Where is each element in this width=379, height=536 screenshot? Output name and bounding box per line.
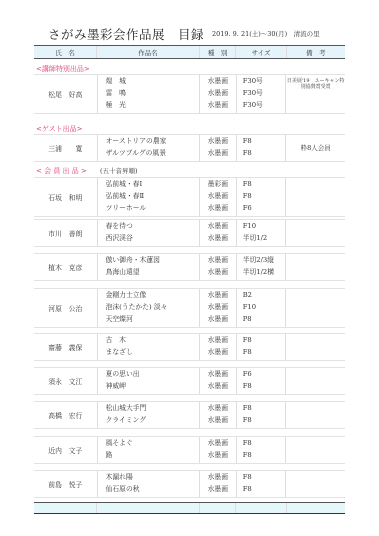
footer-cell <box>236 503 286 513</box>
work-type-column: 水墨画水墨画 <box>200 471 237 497</box>
work-title-column: 風そよぐ路 <box>98 437 200 463</box>
work-type: 水墨画 <box>200 266 236 278</box>
work-title-column: オーストリアの農家ザルツブルグの風景 <box>98 135 200 161</box>
work-size: F8 <box>243 380 286 392</box>
work-type-column: 墨彩画水墨画水墨画 <box>200 178 237 216</box>
footer-cell <box>200 503 237 513</box>
work-size-column: F8F8 <box>237 471 287 497</box>
work-type-column: 水墨画水墨画水墨画 <box>200 75 237 113</box>
work-type: 水墨画 <box>200 346 236 358</box>
work-size: F8 <box>243 190 286 202</box>
work-type-column: 水墨画水墨画 <box>200 254 237 280</box>
remarks <box>286 402 345 428</box>
work-type-column: 水墨画水墨画 <box>200 368 237 394</box>
work-title-column: 古 木まなざし <box>98 334 200 360</box>
work-size: F30号 <box>243 87 286 99</box>
work-type: 水墨画 <box>200 334 236 346</box>
work-size: F10 <box>243 301 286 313</box>
work-size: F6 <box>243 368 286 380</box>
work-title: 春を待つ <box>106 220 199 232</box>
section-note-member: (五十音昇順) <box>100 166 138 175</box>
work-type: 水墨画 <box>200 380 236 392</box>
work-title-column: 春を待つ西沢渓谷 <box>98 220 200 246</box>
work-size: F8 <box>243 437 286 449</box>
column-header-size: サイズ <box>236 46 286 58</box>
column-header-work: 作品名 <box>97 46 200 58</box>
work-type: 水墨画 <box>200 220 236 232</box>
work-size: F8 <box>243 334 286 346</box>
document-header: さがみ墨彩会作品展 目録 2019. 9. 21(土)～30(月) 清流の里 <box>48 25 348 41</box>
work-type: 水墨画 <box>200 232 236 244</box>
work-type: 水墨画 <box>200 313 236 325</box>
table-row-group: 前島 悦子木漏れ陽仙石原の秋水墨画水墨画F8F8 <box>34 470 345 498</box>
work-type-column: 水墨画水墨画 <box>200 437 237 463</box>
table-row-group: 河原 公治金剛力士立像泡沫(うたかた) 淡々天空燦河水墨画水墨画水墨画B2F10… <box>34 288 345 328</box>
table-row-group: 石坂 和明弘前城・春Ⅰ弘前城・春Ⅱツリーホール墨彩画水墨画水墨画F8F8F6 <box>34 177 345 217</box>
work-title: 天空燦河 <box>106 313 199 325</box>
work-title: 弘前城・春Ⅱ <box>106 190 199 202</box>
remarks <box>286 368 345 394</box>
artist-name: 河原 公治 <box>34 289 98 327</box>
remarks: 日美展'19 ユーキャン特別協賛賞受賞 <box>286 75 345 113</box>
work-type: 水墨画 <box>200 75 236 87</box>
work-size-column: F8F8 <box>237 135 287 161</box>
artist-name: 三浦 寛 <box>34 135 98 161</box>
work-size: F8 <box>243 178 286 190</box>
work-title: 古 木 <box>106 334 199 346</box>
work-title: 雷 鳴 <box>106 87 199 99</box>
work-size: F8 <box>243 414 286 426</box>
work-title: ザルツブルグの風景 <box>106 147 199 159</box>
work-size: F8 <box>243 147 286 159</box>
work-title: 極 光 <box>106 99 199 111</box>
work-title: 松山城大手門 <box>106 402 199 414</box>
artist-name: 近内 文子 <box>34 437 98 463</box>
work-size: F8 <box>243 135 286 147</box>
work-title: 夏の思い出 <box>106 368 199 380</box>
work-type: 水墨画 <box>200 483 236 495</box>
work-size: F8 <box>243 471 286 483</box>
work-title: 風そよぐ <box>106 437 199 449</box>
work-size: F8 <box>243 346 286 358</box>
work-size-column: B2F10P8 <box>237 289 287 327</box>
work-size: 半切2/3縦 <box>243 254 286 266</box>
work-title: 倣い御舟・木蓮図 <box>106 254 199 266</box>
work-type: 水墨画 <box>200 301 236 313</box>
footer-cell <box>287 503 345 513</box>
work-size: 半切1/2 <box>243 232 286 244</box>
work-size: F8 <box>243 483 286 495</box>
work-title: 神威岬 <box>106 380 199 392</box>
artist-name: 前島 悦子 <box>34 471 98 497</box>
artist-name: 石坂 和明 <box>34 178 98 216</box>
work-size: F30号 <box>243 75 286 87</box>
date-venue: 2019. 9. 21(土)～30(月) 清流の里 <box>212 29 320 38</box>
work-title-column: 夏の思い出神威岬 <box>98 368 200 394</box>
work-type-column: 水墨画水墨画水墨画 <box>200 289 237 327</box>
work-title: 西沢渓谷 <box>106 232 199 244</box>
section-label-guest: <ゲスト出品> <box>36 124 82 134</box>
section-label-member: < 会 員 出 品 > <box>36 166 87 176</box>
work-size-column: F8F8F6 <box>237 178 287 216</box>
work-size: F6 <box>243 202 286 214</box>
work-type: 水墨画 <box>200 202 236 214</box>
work-type: 水墨画 <box>200 414 236 426</box>
artist-name: 須永 文江 <box>34 368 98 394</box>
work-type: 水墨画 <box>200 99 236 111</box>
work-type-column: 水墨画水墨画 <box>200 220 237 246</box>
work-type: 水墨画 <box>200 87 236 99</box>
artist-name: 齋藤 義保 <box>34 334 98 360</box>
work-type: 水墨画 <box>200 289 236 301</box>
remarks <box>286 254 345 280</box>
work-size: F30号 <box>243 99 286 111</box>
artist-name: 市川 善朗 <box>34 220 98 246</box>
work-title-column: 木漏れ陽仙石原の秋 <box>98 471 200 497</box>
work-type: 水墨画 <box>200 147 236 159</box>
work-size: F8 <box>243 449 286 461</box>
work-type-column: 水墨画水墨画 <box>200 135 237 161</box>
work-title: オーストリアの農家 <box>106 135 199 147</box>
work-type: 墨彩画 <box>200 178 236 190</box>
remarks <box>286 471 345 497</box>
work-size: P8 <box>243 313 286 325</box>
table-row-group: 市川 善朗春を待つ西沢渓谷水墨画水墨画F10半切1/2 <box>34 219 345 247</box>
remarks <box>286 437 345 463</box>
remarks <box>286 220 345 246</box>
work-type-column: 水墨画水墨画 <box>200 402 237 428</box>
work-size-column: F6F8 <box>237 368 287 394</box>
work-type: 水墨画 <box>200 135 236 147</box>
work-title: 金剛力士立像 <box>106 289 199 301</box>
work-title: 煌 城 <box>106 75 199 87</box>
remarks <box>286 334 345 360</box>
document-title: さがみ墨彩会作品展 目録 <box>48 25 204 43</box>
work-size-column: F10半切1/2 <box>237 220 287 246</box>
work-title-column: 松山城大手門クライミング <box>98 402 200 428</box>
work-size: 半切1/2横 <box>243 266 286 278</box>
work-type: 水墨画 <box>200 449 236 461</box>
table-row-group: 近内 文子風そよぐ路水墨画水墨画F8F8 <box>34 436 345 464</box>
work-title: 鳥海山遠望 <box>106 266 199 278</box>
column-header-type: 種 別 <box>200 46 237 58</box>
table-row-group: 齋藤 義保古 木まなざし水墨画水墨画F8F8 <box>34 333 345 361</box>
work-size: F8 <box>243 402 286 414</box>
work-title-column: 弘前城・春Ⅰ弘前城・春Ⅱツリーホール <box>98 178 200 216</box>
work-title: まなざし <box>106 346 199 358</box>
work-size-column: F8F8 <box>237 437 287 463</box>
work-size-column: 半切2/3縦半切1/2横 <box>237 254 287 280</box>
work-type: 水墨画 <box>200 437 236 449</box>
work-size: F10 <box>243 220 286 232</box>
artist-name: 松尾 好高 <box>34 75 98 113</box>
artist-name: 植木 克彦 <box>34 254 98 280</box>
column-header-note: 備 考 <box>287 46 345 58</box>
work-title: 路 <box>106 449 199 461</box>
remarks <box>286 289 345 327</box>
work-title: 仙石原の秋 <box>106 483 199 495</box>
remarks <box>286 178 345 216</box>
footer-cell <box>34 503 97 513</box>
section-label-instructor: <講師特別出品> <box>36 64 90 74</box>
column-header-name: 氏 名 <box>34 46 97 58</box>
work-title: 弘前城・春Ⅰ <box>106 178 199 190</box>
work-title-column: 倣い御舟・木蓮図鳥海山遠望 <box>98 254 200 280</box>
work-size-column: F30号F30号F30号 <box>237 75 287 113</box>
table-header: 氏 名 作品名 種 別 サイズ 備 考 <box>34 45 345 59</box>
work-title-column: 金剛力士立像泡沫(うたかた) 淡々天空燦河 <box>98 289 200 327</box>
work-type: 水墨画 <box>200 402 236 414</box>
table-row-group: 須永 文江夏の思い出神威岬水墨画水墨画F6F8 <box>34 367 345 395</box>
remarks: 粋8人会員 <box>286 135 345 161</box>
work-title: ツリーホール <box>106 202 199 214</box>
work-type: 水墨画 <box>200 471 236 483</box>
work-title: クライミング <box>106 414 199 426</box>
artist-name: 高橋 宏行 <box>34 402 98 428</box>
work-size-column: F8F8 <box>237 334 287 360</box>
footer-cell <box>97 503 200 513</box>
work-size: B2 <box>243 289 286 301</box>
table-row-group: 松尾 好高煌 城雷 鳴極 光水墨画水墨画水墨画F30号F30号F30号日美展'1… <box>34 74 345 114</box>
table-row-group: 高橋 宏行松山城大手門クライミング水墨画水墨画F8F8 <box>34 401 345 429</box>
table-row-group: 三浦 寛オーストリアの農家ザルツブルグの風景水墨画水墨画F8F8粋8人会員 <box>34 134 345 162</box>
work-type: 水墨画 <box>200 368 236 380</box>
work-title: 泡沫(うたかた) 淡々 <box>106 301 199 313</box>
table-row-group: 植木 克彦倣い御舟・木蓮図鳥海山遠望水墨画水墨画半切2/3縦半切1/2横 <box>34 253 345 281</box>
work-type-column: 水墨画水墨画 <box>200 334 237 360</box>
work-size-column: F8F8 <box>237 402 287 428</box>
work-title-column: 煌 城雷 鳴極 光 <box>98 75 200 113</box>
work-type: 水墨画 <box>200 190 236 202</box>
work-title: 木漏れ陽 <box>106 471 199 483</box>
table-footer <box>34 502 345 514</box>
work-type: 水墨画 <box>200 254 236 266</box>
